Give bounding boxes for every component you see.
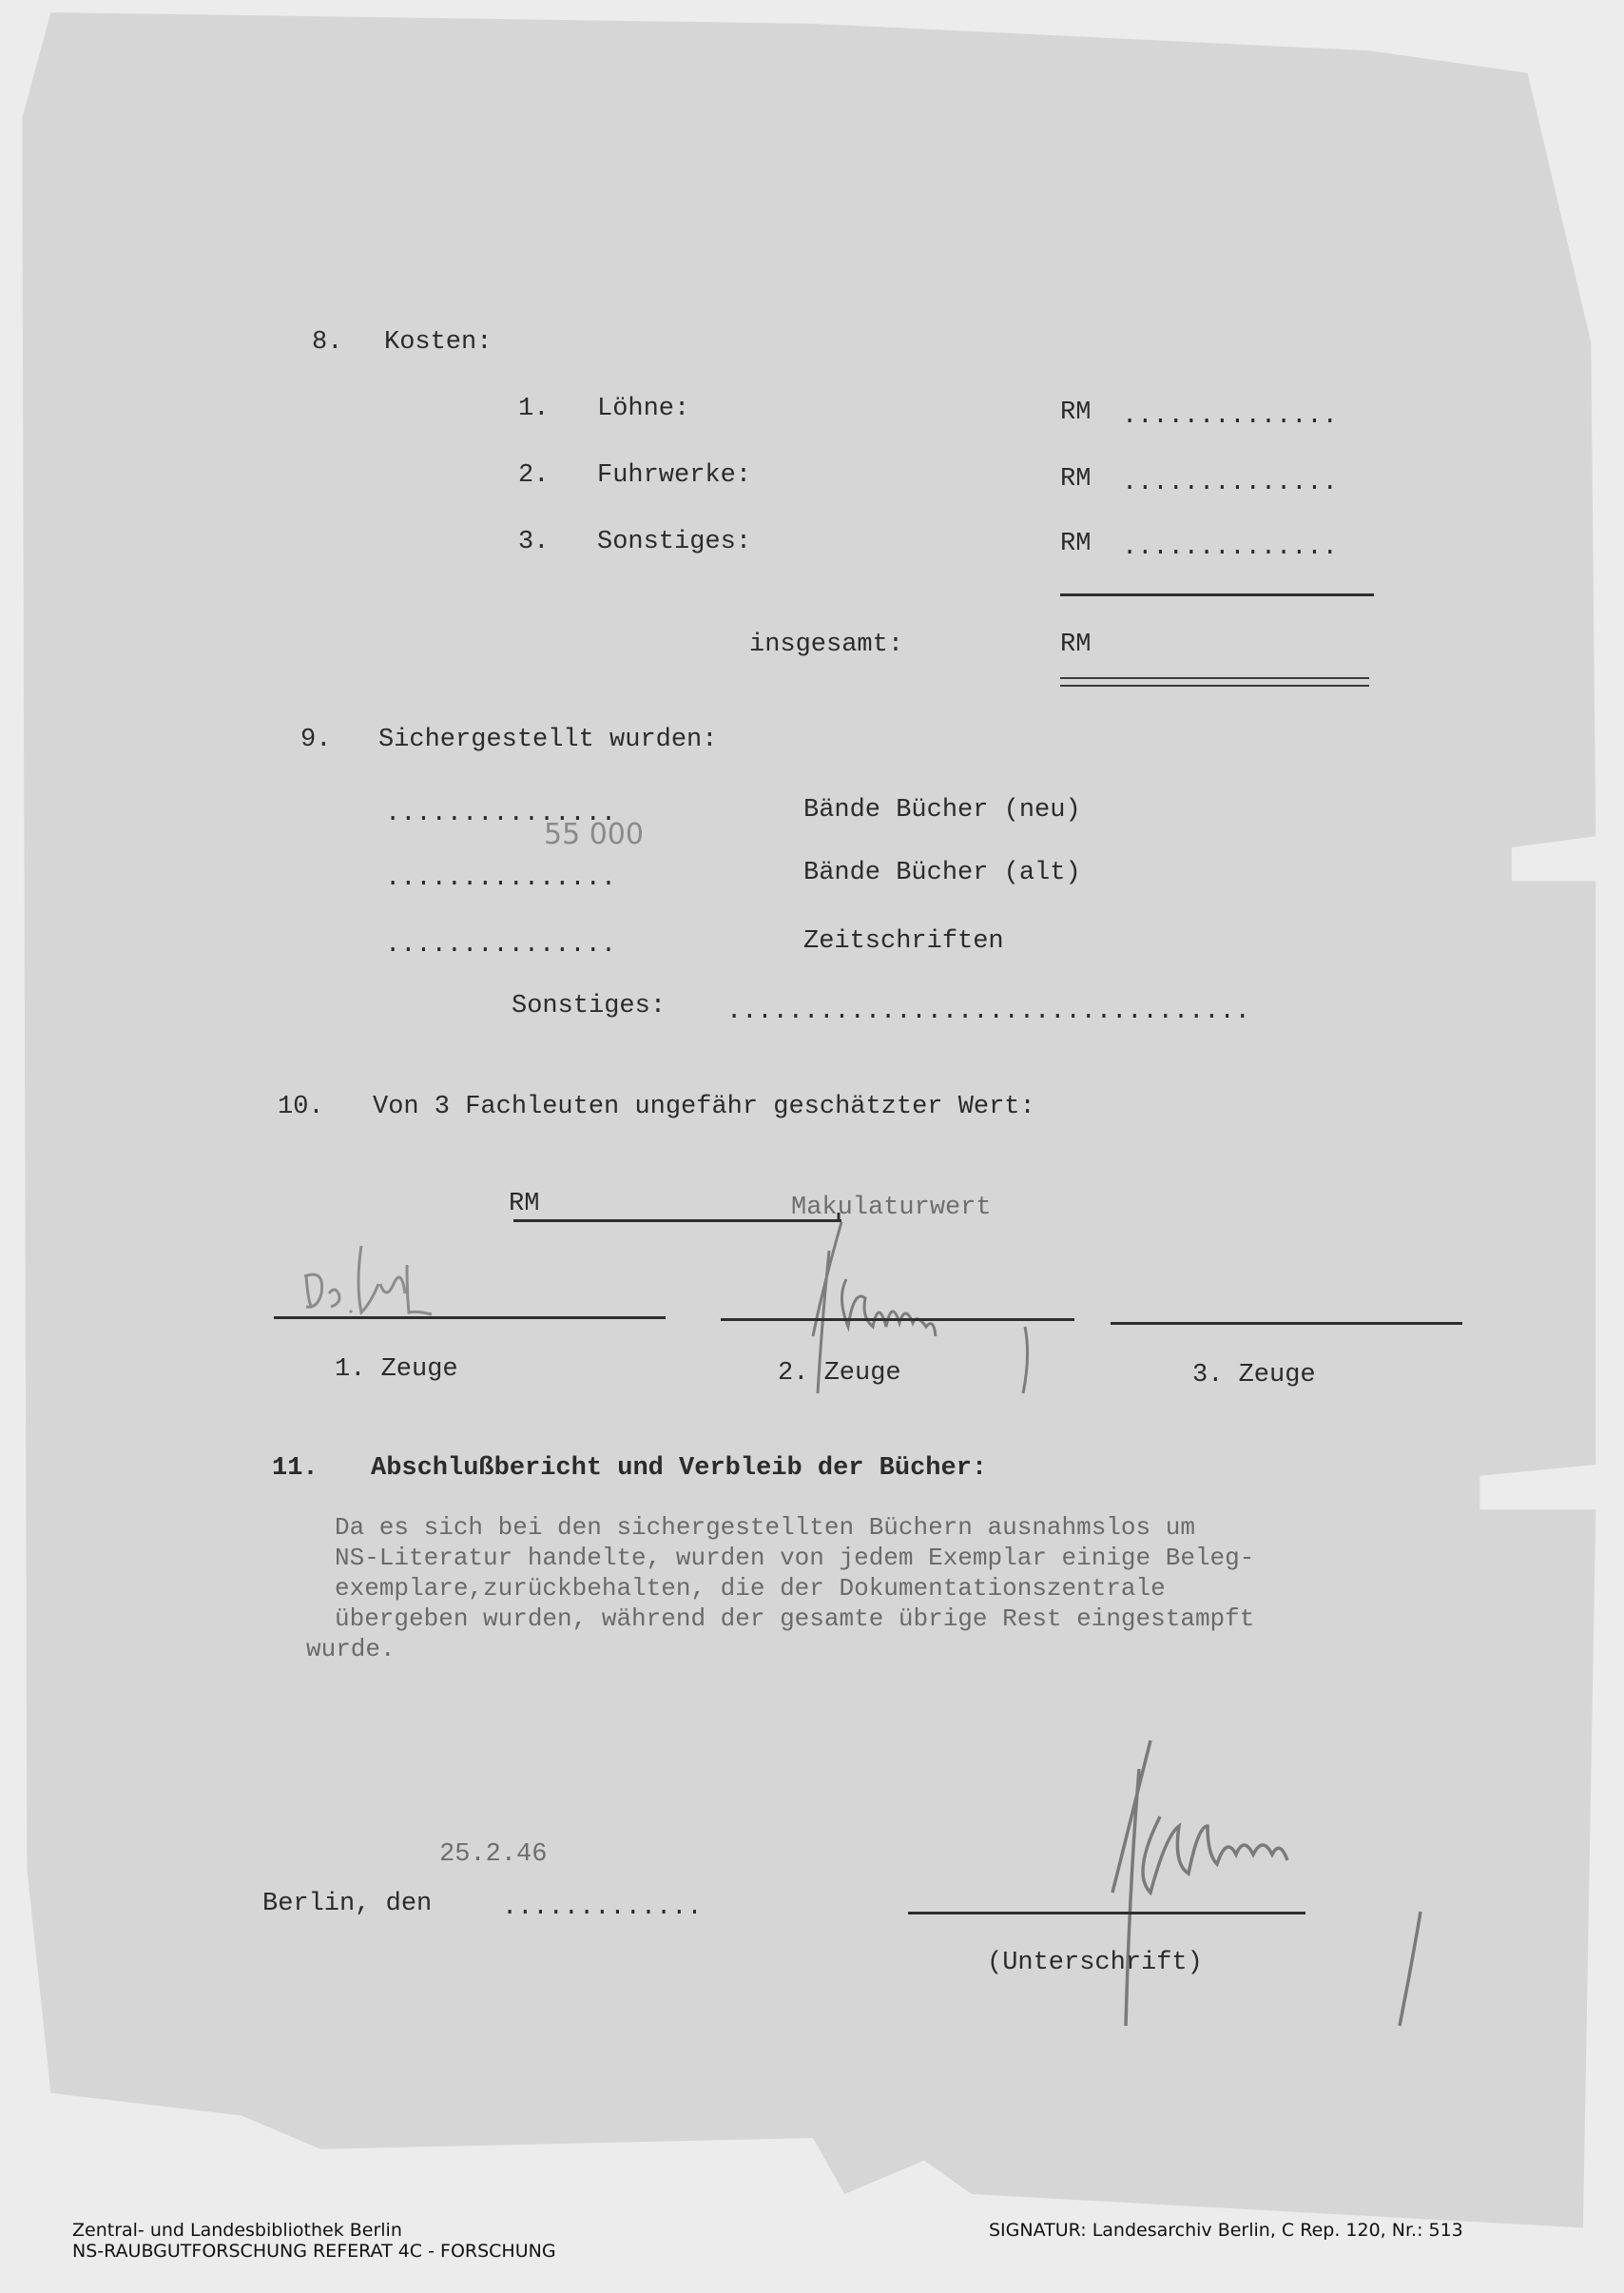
- date-field: .............: [502, 1893, 703, 1923]
- section-11-title: Abschlußbericht und Verbleib der Bücher:: [371, 1453, 987, 1484]
- total-double-rule: [1060, 677, 1369, 687]
- total-label: insgesamt:: [749, 630, 903, 660]
- seized-old-books-label: Bände Bücher (alt): [803, 858, 1081, 888]
- report-line-5: wurde.: [306, 1634, 396, 1664]
- report-line-4: übergeben wurden, während der gesamte üb…: [335, 1603, 1254, 1634]
- report-line-3: exemplare,zurückbehalten, die der Dokume…: [335, 1573, 1166, 1603]
- cost-item-3-label: Sonstiges:: [597, 527, 751, 557]
- cost-item-3-number: 3.: [518, 527, 549, 557]
- witness-2-rule: [721, 1318, 1074, 1321]
- report-line-1: Da es sich bei den sichergestellten Büch…: [335, 1512, 1195, 1543]
- seized-periodicals-label: Zeitschriften: [803, 926, 1004, 957]
- witness-1-rule: [274, 1316, 666, 1319]
- signature-label: (Unterschrift): [987, 1948, 1203, 1978]
- footer-department: NS-RAUBGUTFORSCHUNG REFERAT 4C - FORSCHU…: [72, 2241, 556, 2262]
- seized-other-label: Sonstiges:: [512, 991, 666, 1021]
- date-handwritten: 25.2.46: [439, 1839, 547, 1870]
- cost-item-1-number: 1.: [518, 394, 549, 424]
- total-currency: RM: [1060, 630, 1091, 660]
- section-10-title: Von 3 Fachleuten ungefähr geschätzter We…: [373, 1092, 1035, 1122]
- witness-3-label: 3. Zeuge: [1192, 1360, 1316, 1390]
- cost-item-2-number: 2.: [518, 460, 549, 491]
- cost-item-2-label: Fuhrwerke:: [597, 460, 751, 491]
- witness-3-rule: [1111, 1322, 1462, 1325]
- cost-item-1-currency: RM: [1060, 398, 1091, 428]
- handwritten-count: 55 000: [544, 820, 644, 850]
- subtotal-rule: [1060, 593, 1374, 596]
- report-line-2: NS-Literatur handelte, wurden von jedem …: [335, 1543, 1254, 1573]
- cost-item-2-currency: RM: [1060, 464, 1091, 495]
- place-label: Berlin, den: [262, 1889, 432, 1919]
- signature-rule: [908, 1912, 1305, 1914]
- witness-1-label: 1. Zeuge: [335, 1354, 458, 1385]
- section-11-number: 11.: [272, 1453, 319, 1484]
- witness-1-signature: [295, 1236, 561, 1322]
- cost-item-1-value: ..............: [1122, 401, 1338, 432]
- seized-old-books-value: ...............: [385, 864, 616, 894]
- signature-main: [1036, 1731, 1436, 2035]
- section-9-title: Sichergestellt wurden:: [378, 725, 717, 755]
- cost-item-3-currency: RM: [1060, 529, 1091, 559]
- seized-other-value: ..................................: [726, 997, 1250, 1027]
- witness-2-label: 2. Zeuge: [778, 1358, 901, 1389]
- cost-item-2-value: ..............: [1122, 468, 1338, 498]
- seized-new-books-label: Bände Bücher (neu): [803, 795, 1081, 826]
- cost-item-3-value: ..............: [1122, 533, 1338, 563]
- estimate-currency: RM: [509, 1189, 539, 1219]
- section-8-number: 8.: [312, 327, 342, 358]
- footer-library: Zentral- und Landesbibliothek Berlin: [72, 2220, 402, 2241]
- section-10-number: 10.: [278, 1092, 324, 1122]
- footer-signature-ref: SIGNATUR: Landesarchiv Berlin, C Rep. 12…: [989, 2220, 1463, 2241]
- cost-item-1-label: Löhne:: [597, 394, 689, 424]
- section-8-title: Kosten:: [384, 327, 492, 358]
- seized-periodicals-value: ...............: [385, 930, 616, 961]
- section-9-number: 9.: [300, 725, 331, 755]
